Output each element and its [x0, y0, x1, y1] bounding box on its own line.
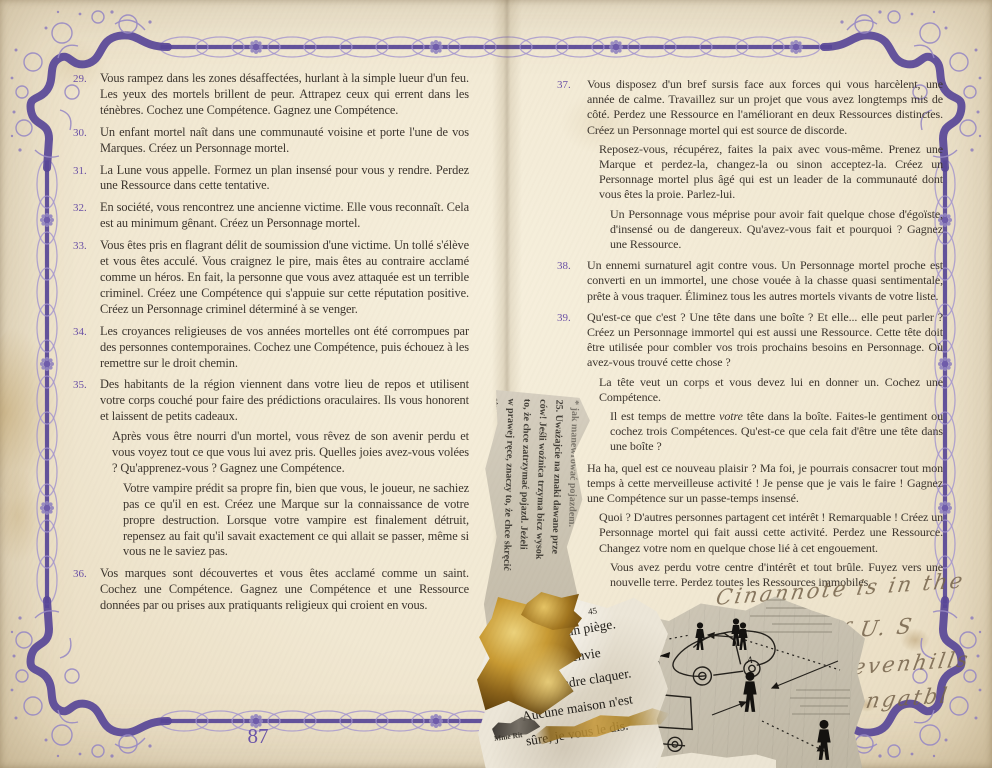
page-number: 87 [234, 724, 282, 749]
entry-paragraph: Un ennemi surnaturel agit contre vous. U… [587, 258, 943, 304]
entry-paragraph: Après vous être nourri d'un mortel, vous… [112, 429, 469, 477]
entry: 34.Les croyances religieuses de vos anné… [73, 324, 469, 372]
entry-paragraph: Vous êtes pris en flagrant délit de soum… [100, 238, 469, 318]
person-silhouette [695, 622, 704, 650]
entry-paragraph: Vous avez perdu votre centre d'intérêt e… [610, 560, 943, 590]
entry-paragraph: En société, vous rencontrez une ancienne… [100, 200, 469, 232]
person-silhouette [743, 672, 756, 712]
entry-paragraph: Un enfant mortel naît dans une communaut… [100, 125, 469, 157]
entry: 37.Vous disposez d'un bref sursis face a… [557, 77, 943, 252]
entry-number: 34. [73, 324, 100, 372]
entry-paragraph: Un Personnage vous méprise pour avoir fa… [610, 207, 943, 253]
entry-paragraph: Qu'est-ce que c'est ? Une tête dans une … [587, 310, 943, 371]
bleed-through-text [750, 599, 850, 715]
entry: 32.En société, vous rencontrez une ancie… [73, 200, 469, 232]
entry: Ha ha, quel est ce nouveau plaisir ? Ma … [557, 461, 943, 591]
entry-paragraph: Reposez-vous, récupérez, faites la paix … [599, 142, 943, 203]
entry-number: 29. [73, 71, 100, 119]
entry: 31.La Lune vous appelle. Formez un plan … [73, 163, 469, 195]
entry: 36.Vos marques sont découvertes et vous … [73, 566, 469, 614]
diagram-label: A [746, 655, 753, 665]
entry-paragraph: Des habitants de la région viennent dans… [100, 377, 469, 425]
car-drawing [671, 628, 777, 687]
entry-paragraph: Votre vampire prédit sa propre fin, bien… [123, 481, 469, 561]
entry-number: 31. [73, 163, 100, 195]
entry-number: 38. [557, 258, 587, 304]
entry-paragraph: La tête veut un corps et vous devez lui … [599, 375, 943, 405]
entry-number: 30. [73, 125, 100, 157]
entry: 35.Des habitants de la région viennent d… [73, 377, 469, 560]
entry: 29.Vous rampez dans les zones désaffecté… [73, 71, 469, 119]
paper-stain [900, 628, 930, 652]
person-silhouette [817, 720, 830, 760]
entry: 38.Un ennemi surnaturel agit contre vous… [557, 258, 943, 304]
entry-paragraph: Vous rampez dans les zones désaffectées,… [100, 71, 469, 119]
paper-stain [0, 468, 45, 563]
entry: 30.Un enfant mortel naît dans une commun… [73, 125, 469, 157]
paper-stain [0, 325, 60, 500]
entry-paragraph: Les croyances religieuses de vos années … [100, 324, 469, 372]
entry-number: 37. [557, 77, 587, 252]
entry-paragraph: Quoi ? D'autres personnes partagent cet … [599, 510, 943, 556]
entry-number: 35. [73, 377, 100, 560]
entry-number: 32. [73, 200, 100, 232]
entry-number: 36. [73, 566, 100, 614]
page-right-entries: 37.Vous disposez d'un bref sursis face a… [557, 77, 943, 596]
entry-paragraph: La Lune vous appelle. Formez un plan ins… [100, 163, 469, 195]
entry: 33.Vous êtes pris en flagrant délit de s… [73, 238, 469, 318]
person-silhouette [731, 618, 740, 646]
person-silhouette [738, 622, 747, 650]
entry-number: 33. [73, 238, 100, 318]
entry-paragraph: Vous disposez d'un bref sursis face aux … [587, 77, 943, 138]
entry-paragraph: Il est temps de mettre votre tête dans l… [610, 409, 943, 455]
entry-paragraph: Vos marques sont découvertes et vous ête… [100, 566, 469, 614]
page-left-entries: 29.Vous rampez dans les zones désaffecté… [73, 71, 469, 620]
book-spread: 29.Vous rampez dans les zones désaffecté… [0, 0, 992, 768]
entry-paragraph: Ha ha, quel est ce nouveau plaisir ? Ma … [587, 461, 943, 507]
entry: 39.Qu'est-ce que c'est ? Une tête dans u… [557, 310, 943, 455]
